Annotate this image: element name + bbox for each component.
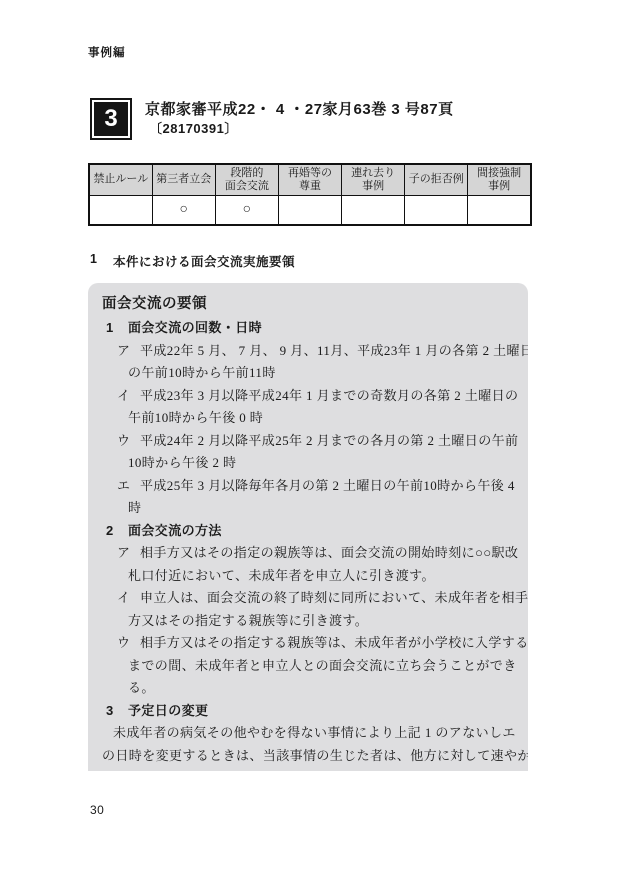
subitem-text: 平成23年 3 月以降平成24年 1 月までの奇数月の各第 2 土曜日の: [140, 385, 518, 408]
case-header: 3 京都家審平成22・ 4 ・27家月63巻 3 号87頁 〔28170391〕: [90, 98, 454, 140]
col-header-saikon-soncho: 再婚等の 尊重: [278, 164, 341, 195]
body-line: 未成年者の病気その他やむを得ない事情により上記 1 のアないしエ: [113, 722, 518, 745]
continuation-line: の午前10時から午前11時: [128, 362, 518, 385]
item-text: 予定日の変更: [128, 700, 208, 723]
continuation-line: 10時から午後 2 時: [128, 452, 518, 475]
item-number: 2: [106, 520, 128, 543]
continuation-line: 札口付近において、未成年者を申立人に引き渡す。: [128, 565, 518, 588]
col-header-dankaiteki-menkai: 段階的 面会交流: [215, 164, 278, 195]
section-number: 1: [90, 252, 113, 270]
case-number: 3: [94, 102, 128, 136]
col-header-tsuresari-jirei: 連れ去り 事例: [342, 164, 405, 195]
continuation-line: 方又はその指定する親族等に引き渡す。: [128, 610, 518, 633]
flag-cell: [278, 195, 341, 225]
section-title: 本件における面会交流実施要領: [113, 252, 295, 270]
flag-table: 禁止ルール 第三者立会 段階的 面会交流 再婚等の 尊重 連れ去り 事例 子の拒…: [88, 163, 532, 226]
continuation-line: 午前10時から午後 0 時: [128, 407, 518, 430]
case-title: 京都家審平成22・ 4 ・27家月63巻 3 号87頁: [145, 100, 454, 120]
flag-cell: [405, 195, 468, 225]
flag-cell: [468, 195, 531, 225]
memo-subitem-i: イ 平成23年 3 月以降平成24年 1 月までの奇数月の各第 2 土曜日の: [117, 385, 518, 408]
item-number: 1: [106, 317, 128, 340]
case-titles: 京都家審平成22・ 4 ・27家月63巻 3 号87頁 〔28170391〕: [145, 98, 454, 138]
flag-cell-circle: ○: [215, 195, 278, 225]
subitem-text: 相手方又はその指定する親族等は、未成年者が小学校に入学する: [140, 632, 528, 655]
col-header-kansetsu-kyosei: 間接強制 事例: [468, 164, 531, 195]
flag-table-data-row: ○ ○: [89, 195, 531, 225]
col-header-kinshi-rule: 禁止ルール: [89, 164, 152, 195]
continuation-line: 時: [128, 497, 518, 520]
item-text: 面会交流の方法: [128, 520, 222, 543]
memo-subitem-a: ア 平成22年 5 月、 7 月、 9 月、11月、平成23年 1 月の各第 2…: [117, 340, 518, 363]
subitem-text: 相手方又はその指定の親族等は、面会交流の開始時刻に○○駅改: [140, 542, 518, 565]
continuation-line: までの間、未成年者と申立人との面会交流に立ち会うことができ: [128, 655, 518, 678]
subitem-marker: イ: [117, 587, 140, 610]
memo-item-3: 3 予定日の変更: [106, 700, 518, 723]
flag-table-wrap: 禁止ルール 第三者立会 段階的 面会交流 再婚等の 尊重 連れ去り 事例 子の拒…: [88, 163, 532, 226]
case-number-badge: 3: [90, 98, 132, 140]
section-kicker: 事例編: [88, 44, 126, 60]
memo-subitem-e: エ 平成25年 3 月以降毎年各月の第 2 土曜日の午前10時から午後 4: [117, 475, 518, 498]
document-page: 事例編 3 京都家審平成22・ 4 ・27家月63巻 3 号87頁 〔28170…: [0, 0, 620, 869]
flag-table-header-row: 禁止ルール 第三者立会 段階的 面会交流 再婚等の 尊重 連れ去り 事例 子の拒…: [89, 164, 531, 195]
subitem-text: 申立人は、面会交流の終了時刻に同所において、未成年者を相手: [140, 587, 528, 610]
flag-cell: [89, 195, 152, 225]
flag-cell: [342, 195, 405, 225]
item-number: 3: [106, 700, 128, 723]
subitem-text: 平成25年 3 月以降毎年各月の第 2 土曜日の午前10時から午後 4: [140, 475, 515, 498]
memo-subitem-a: ア 相手方又はその指定の親族等は、面会交流の開始時刻に○○駅改: [117, 542, 518, 565]
subitem-marker: ア: [117, 542, 140, 565]
item-text: 面会交流の回数・日時: [128, 317, 262, 340]
visitation-guidelines-box: 面会交流の要領 1 面会交流の回数・日時 ア 平成22年 5 月、 7 月、 9…: [88, 283, 528, 771]
memo-subitem-u: ウ 平成24年 2 月以降平成25年 2 月までの各月の第 2 土曜日の午前: [117, 430, 518, 453]
body-line: の日時を変更するときは、当該事情の生じた者は、他方に対して速やか: [102, 745, 518, 768]
subitem-marker: エ: [117, 475, 140, 498]
flag-cell-circle: ○: [152, 195, 215, 225]
subitem-marker: ウ: [117, 430, 140, 453]
memo-box-title: 面会交流の要領: [102, 291, 518, 317]
subitem-marker: ウ: [117, 632, 140, 655]
case-citation: 〔28170391〕: [149, 120, 454, 138]
page-number: 30: [90, 803, 104, 817]
memo-item-1: 1 面会交流の回数・日時: [106, 317, 518, 340]
subitem-marker: イ: [117, 385, 140, 408]
memo-subitem-u: ウ 相手方又はその指定する親族等は、未成年者が小学校に入学する: [117, 632, 518, 655]
continuation-line: る。: [128, 677, 518, 700]
col-header-daisansha-tachiai: 第三者立会: [152, 164, 215, 195]
subitem-text: 平成22年 5 月、 7 月、 9 月、11月、平成23年 1 月の各第 2 土…: [140, 340, 528, 363]
subitem-text: 平成24年 2 月以降平成25年 2 月までの各月の第 2 土曜日の午前: [140, 430, 518, 453]
memo-item-2: 2 面会交流の方法: [106, 520, 518, 543]
section-heading: 1 本件における面会交流実施要領: [90, 252, 295, 270]
col-header-ko-kyohi-rei: 子の拒否例: [405, 164, 468, 195]
memo-subitem-i: イ 申立人は、面会交流の終了時刻に同所において、未成年者を相手: [117, 587, 518, 610]
subitem-marker: ア: [117, 340, 140, 363]
